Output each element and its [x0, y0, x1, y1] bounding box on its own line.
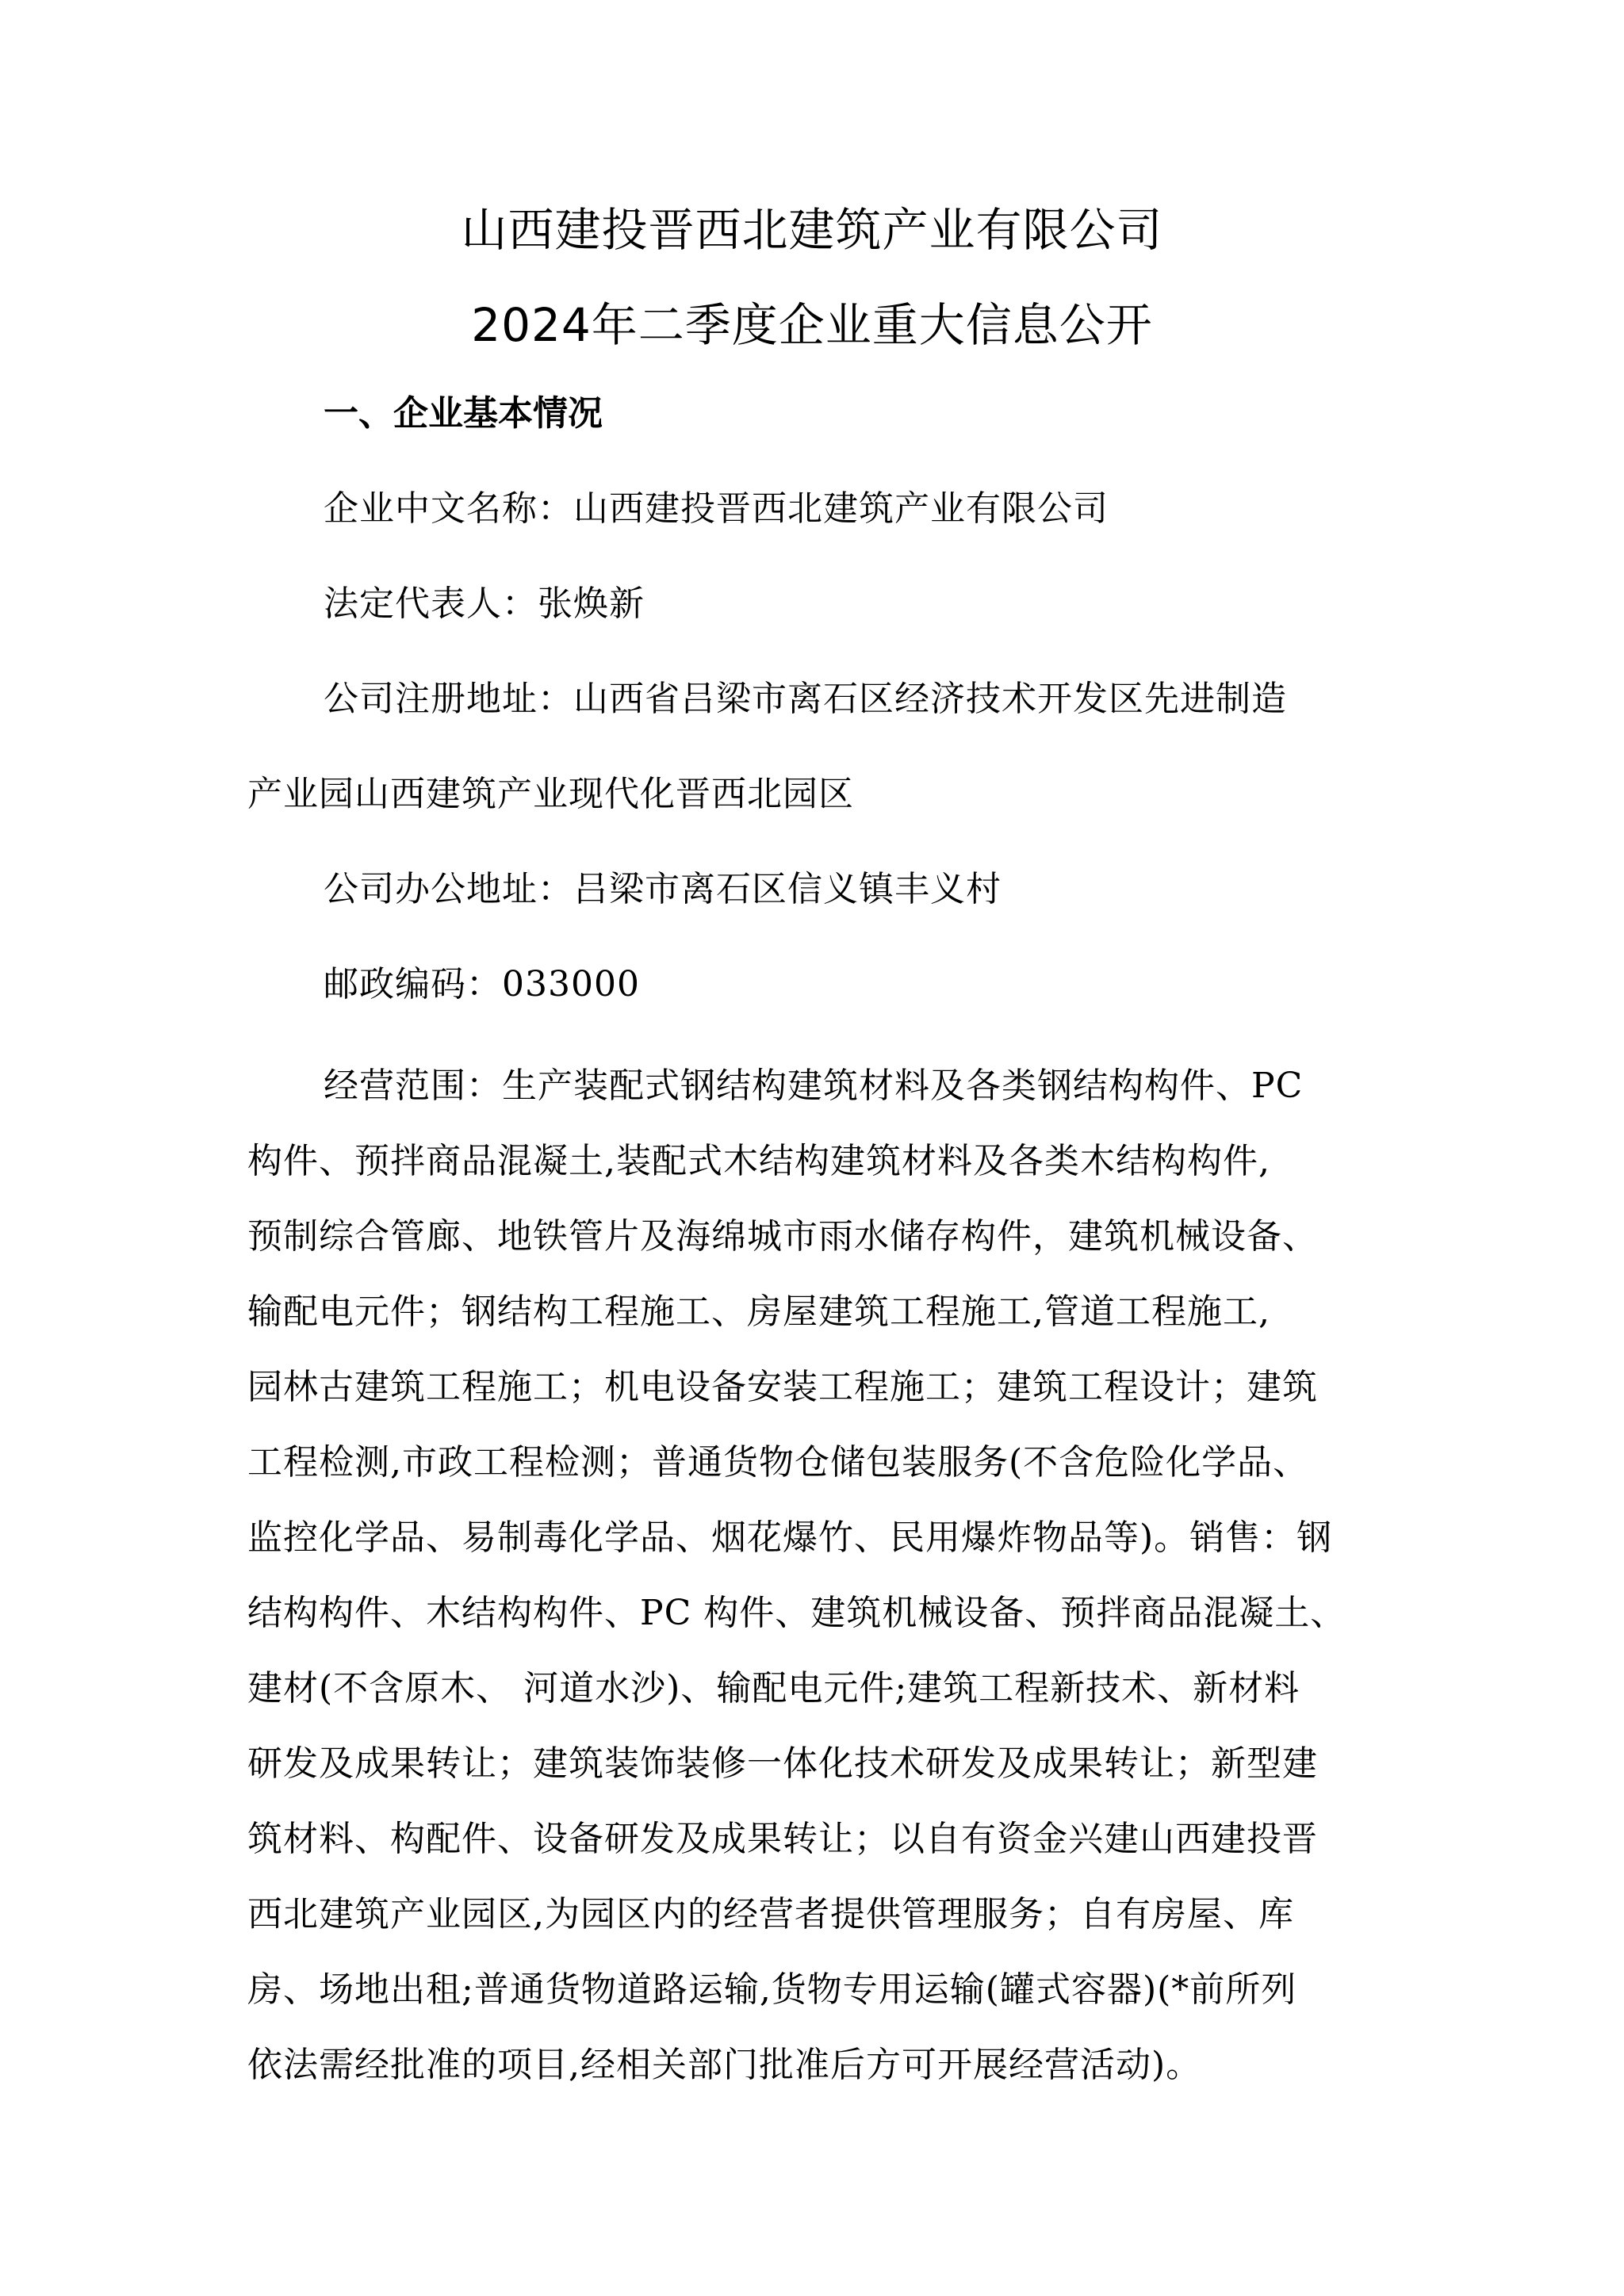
business-scope-line: 构件、预拌商品混凝土,装配式木结构建筑材料及各类木结构构件,: [247, 1138, 1270, 1185]
document-title: 山西建投晋西北建筑产业有限公司: [0, 202, 1624, 258]
business-scope-line: 经营范围：生产装配式钢结构建筑材料及各类钢结构构件、PC: [324, 1062, 1303, 1110]
field-registered-address-line-2: 产业园山西建筑产业现代化晋西北园区: [247, 771, 854, 818]
business-scope-line: 建材(不含原木、 河道水沙)、输配电元件;建筑工程新技术、新材料: [247, 1665, 1300, 1712]
section-heading-basic-info: 一、企业基本情况: [324, 390, 603, 438]
business-scope-line: 预制综合管廊、地铁管片及海绵城市雨水储存构件，建筑机械设备、: [247, 1213, 1318, 1261]
field-postal-code: 邮政编码：033000: [324, 961, 640, 1008]
business-scope-line: 工程检测,市政工程检测；普通货物仓储包装服务(不含危险化学品、: [247, 1439, 1308, 1487]
document-subtitle: 2024年二季度企业重大信息公开: [0, 297, 1624, 353]
business-scope-line: 研发及成果转让；建筑装饰装修一体化技术研发及成果转让；新型建: [247, 1740, 1318, 1788]
business-scope-line: 结构构件、木结构构件、PC 构件、建筑机械设备、预拌商品混凝土、: [247, 1590, 1346, 1637]
document-page: 山西建投晋西北建筑产业有限公司 2024年二季度企业重大信息公开 一、企业基本情…: [0, 0, 1624, 2296]
business-scope-line: 依法需经批准的项目,经相关部门批准后方可开展经营活动)。: [247, 2042, 1201, 2089]
field-chinese-name: 企业中文名称：山西建投晋西北建筑产业有限公司: [324, 485, 1109, 533]
field-office-address: 公司办公地址：吕梁市离石区信义镇丰义村: [324, 866, 1002, 913]
business-scope-line: 监控化学品、易制毒化学品、烟花爆竹、民用爆炸物品等)。销售：钢: [247, 1514, 1332, 1562]
business-scope-line: 筑材料、构配件、设备研发及成果转让；以自有资金兴建山西建投晋: [247, 1816, 1318, 1863]
business-scope-line: 输配电元件；钢结构工程施工、房屋建筑工程施工,管道工程施工,: [247, 1288, 1270, 1336]
business-scope-line: 西北建筑产业园区,为园区内的经营者提供管理服务；自有房屋、库: [247, 1891, 1294, 1938]
business-scope-line: 房、场地出租;普通货物道路运输,货物专用运输(罐式容器)(*前所列: [247, 1966, 1297, 2014]
field-registered-address-line-1: 公司注册地址：山西省吕梁市离石区经济技术开发区先进制造: [324, 675, 1287, 723]
field-legal-representative: 法定代表人：张焕新: [324, 580, 645, 628]
business-scope-line: 园林古建筑工程施工；机电设备安装工程施工；建筑工程设计；建筑: [247, 1364, 1318, 1411]
